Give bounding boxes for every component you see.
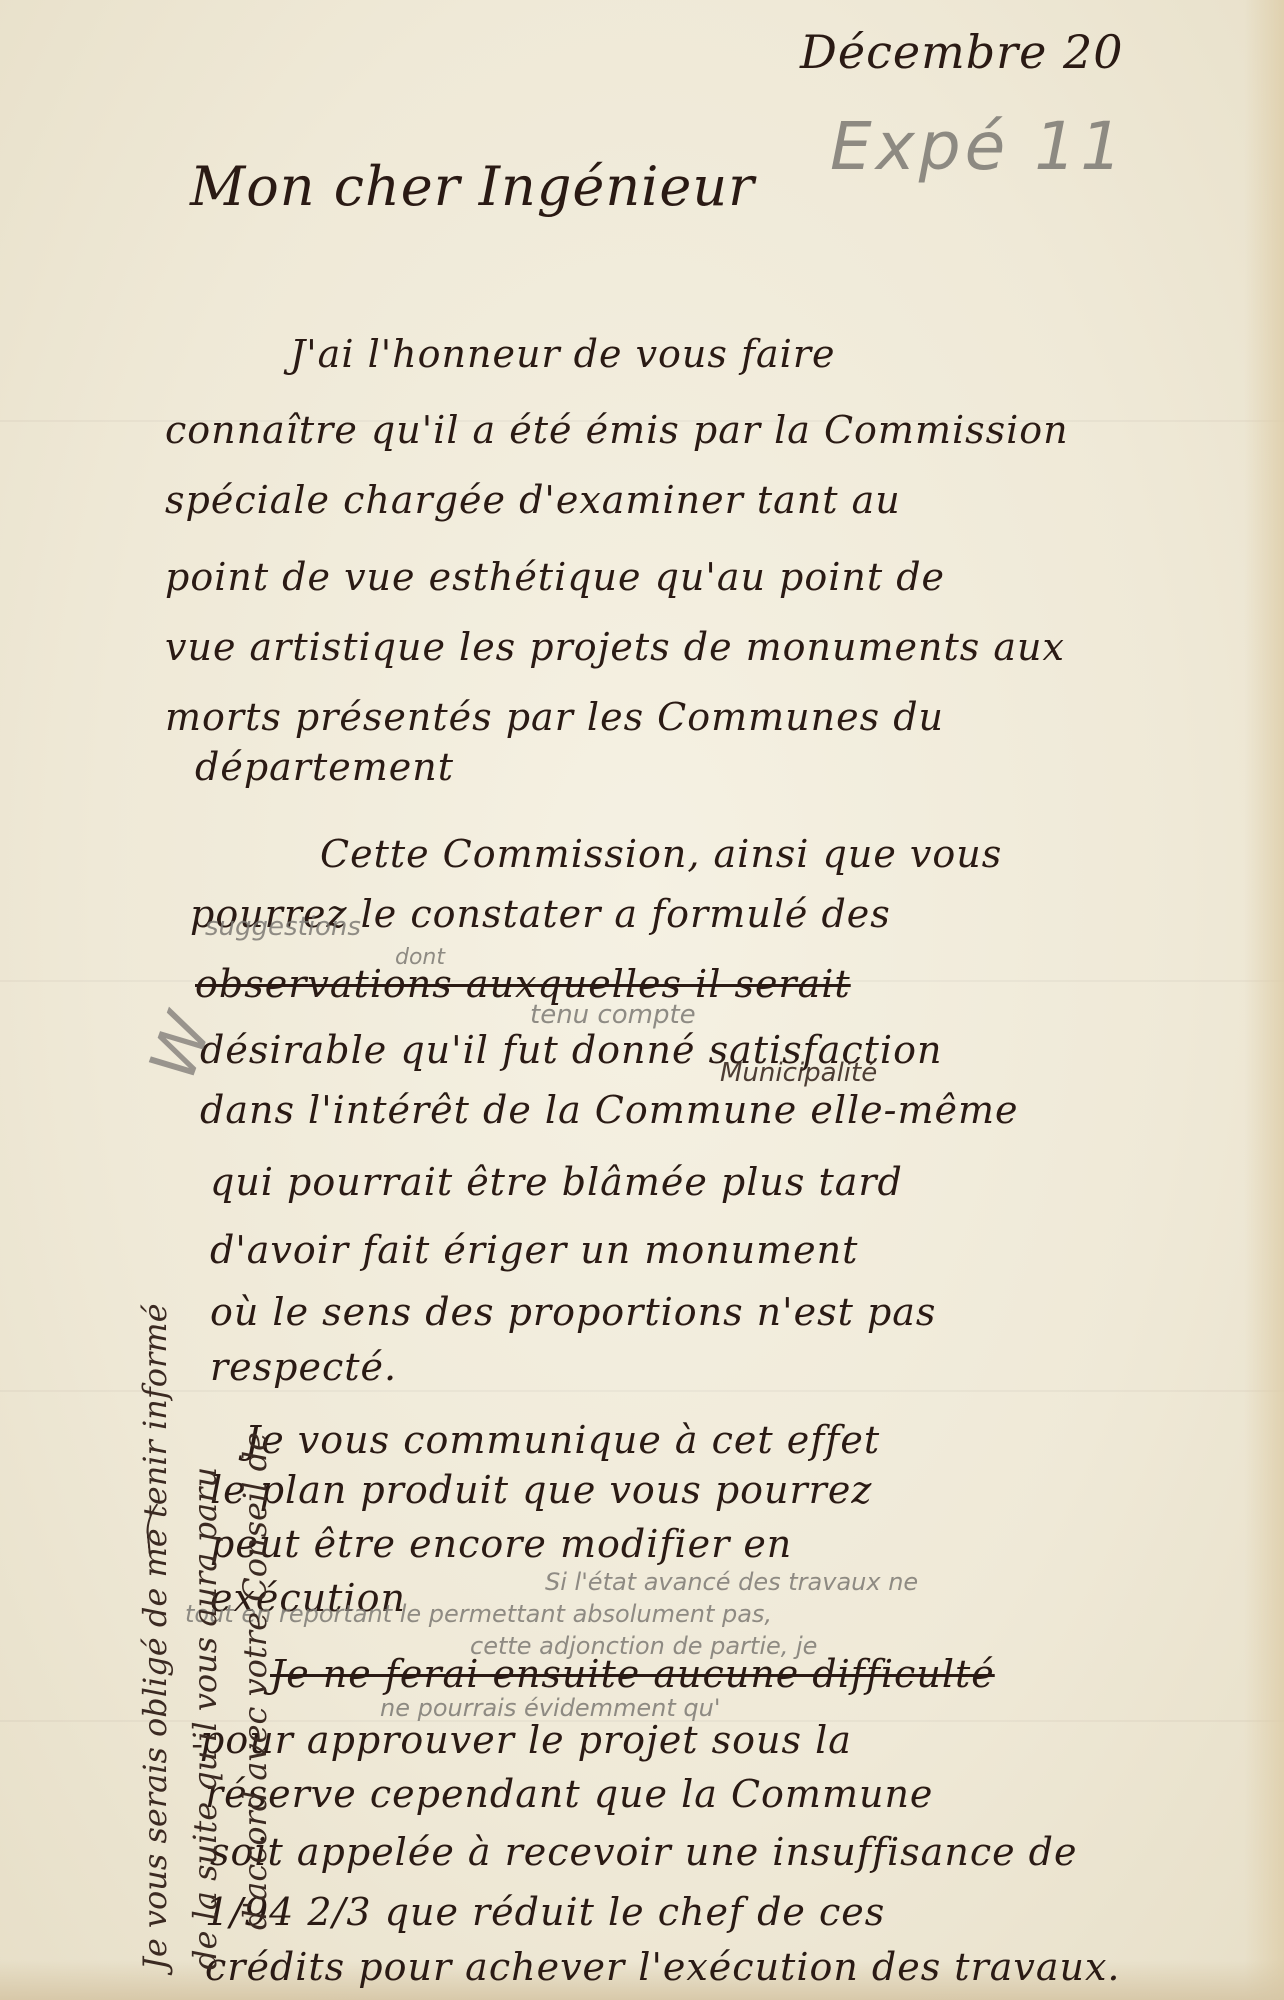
body-line: dans l'intérêt de la Commune elle-même — [200, 1088, 1019, 1132]
pencil-insertion: Si l'état avancé des travaux ne — [545, 1568, 918, 1596]
body-line: point de vue esthétique qu'au point de — [165, 555, 945, 599]
body-line: pour approuver le projet sous la — [200, 1718, 852, 1762]
body-line: vue artistique les projets de monuments … — [165, 625, 1065, 669]
body-line: Je ne ferai ensuite aucune difficulté — [270, 1652, 995, 1696]
pencil-insertion: tenu compte — [530, 1000, 696, 1030]
margin-note-line: Je vous serais obligé de me tenir inform… — [130, 720, 180, 2000]
letter-date: Décembre 20 — [800, 25, 1124, 79]
body-line: spéciale chargée d'examiner tant au — [165, 478, 901, 522]
salutation: Mon cher Ingénieur — [190, 155, 755, 218]
body-line: le plan produit que vous pourrez — [210, 1468, 872, 1512]
body-line: observations auxquelles il serait — [195, 962, 851, 1006]
margin-note: Je vous serais obligé de me tenir inform… — [130, 720, 280, 2000]
letter-page: Décembre 20 Expé 11 Mon cher Ingénieur J… — [0, 0, 1284, 2000]
body-line: Je vous communique à cet effet — [245, 1418, 880, 1462]
pencil-reference: Expé 11 — [830, 108, 1126, 185]
struck-word: observations auxquelles il serait — [195, 962, 851, 1006]
margin-note-line: de la suite qu'il vous aura paru — [180, 720, 230, 2000]
body-line: où le sens des proportions n'est pas — [210, 1290, 936, 1334]
body-line: d'avoir fait ériger un monument — [210, 1228, 858, 1272]
body-line: J'ai l'honneur de vous faire — [290, 332, 836, 376]
body-line: 1/94 2/3 que réduit le chef de ces — [205, 1890, 885, 1934]
body-line: réserve cependant que la Commune — [205, 1772, 933, 1816]
struck-line: Je ne ferai ensuite aucune difficulté — [270, 1652, 995, 1696]
margin-note-line: d'accord avec votre Conseil de — [230, 720, 280, 2000]
body-line: soit appelée à recevoir une insuffisance… — [210, 1830, 1077, 1874]
body-line: peut être encore modifier en — [210, 1522, 792, 1566]
body-line: connaître qu'il a été émis par la Commis… — [165, 408, 1069, 452]
body-line: Cette Commission, ainsi que vous — [320, 832, 1002, 876]
body-line: qui pourrait être blâmée plus tard — [210, 1160, 903, 1204]
ink-insertion: Municipalité — [720, 1058, 877, 1088]
paper-edge-right — [1244, 0, 1284, 2000]
body-line: morts présentés par les Communes du — [165, 695, 944, 739]
body-line: crédits pour achever l'exécution des tra… — [205, 1945, 1121, 1989]
